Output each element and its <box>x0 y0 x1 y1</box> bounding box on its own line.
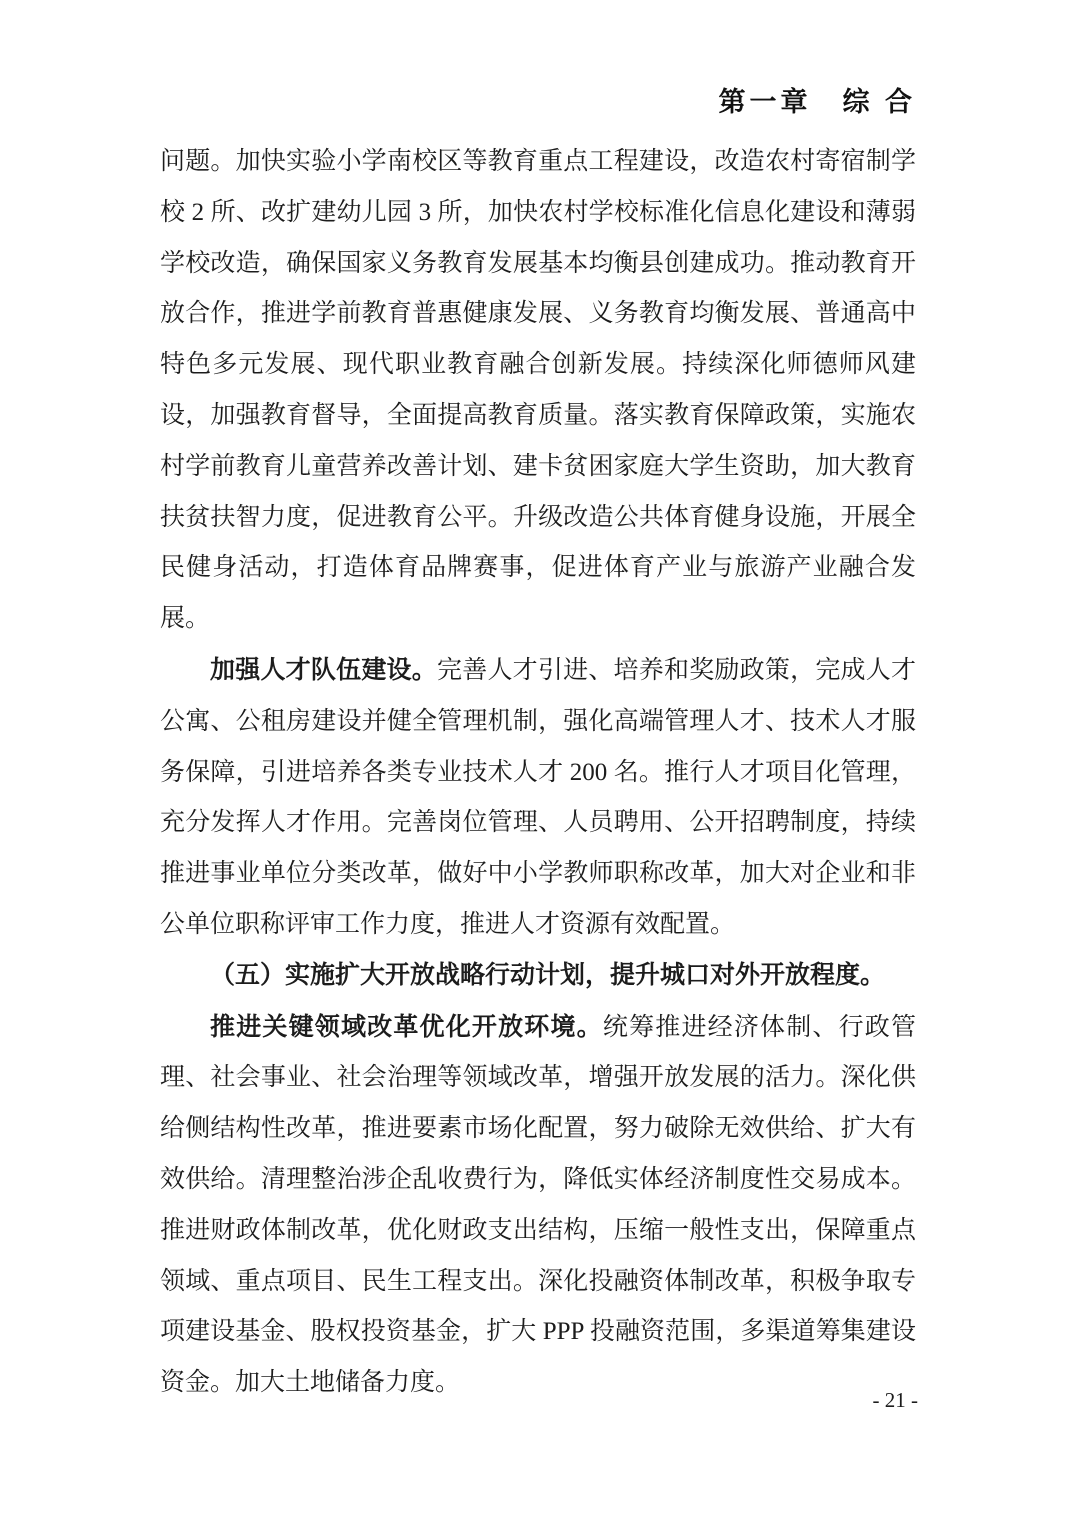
running-header-chapter-title: 第一章 综 合 <box>718 80 916 119</box>
paragraph-lead: 推进关键领域改革优化开放环境。 <box>210 1013 603 1041</box>
paragraph-text: 统筹推进经济体制、行政管理、社会事业、社会治理等领域改革，增强开放发展的活力。深… <box>160 1014 916 1397</box>
paragraph-subheading: （五）实施扩大开放战略行动计划，提升城口对外开放程度。 <box>160 951 916 1002</box>
document-page: 第一章 综 合 问题。加快实验小学南校区等教育重点工程建设，改造农村寄宿制学校 … <box>0 0 1074 1520</box>
paragraph-text: （五）实施扩大开放战略行动计划，提升城口对外开放程度。 <box>210 962 885 989</box>
paragraph: 加强人才队伍建设。完善人才引进、培养和奖励政策，完成人才公寓、公租房建设并健全管… <box>160 645 916 951</box>
document-body: 问题。加快实验小学南校区等教育重点工程建设，改造农村寄宿制学校 2 所、改扩建幼… <box>160 137 916 1409</box>
paragraph: 问题。加快实验小学南校区等教育重点工程建设，改造农村寄宿制学校 2 所、改扩建幼… <box>160 137 916 645</box>
paragraph-text: 问题。加快实验小学南校区等教育重点工程建设，改造农村寄宿制学校 2 所、改扩建幼… <box>160 148 916 632</box>
paragraph-text: 完善人才引进、培养和奖励政策，完成人才公寓、公租房建设并健全管理机制，强化高端管… <box>160 657 916 938</box>
paragraph: 推进关键领域改革优化开放环境。统筹推进经济体制、行政管理、社会事业、社会治理等领… <box>160 1002 916 1409</box>
page-number: - 21 - <box>873 1388 919 1413</box>
paragraph-lead: 加强人才队伍建设。 <box>210 656 437 684</box>
